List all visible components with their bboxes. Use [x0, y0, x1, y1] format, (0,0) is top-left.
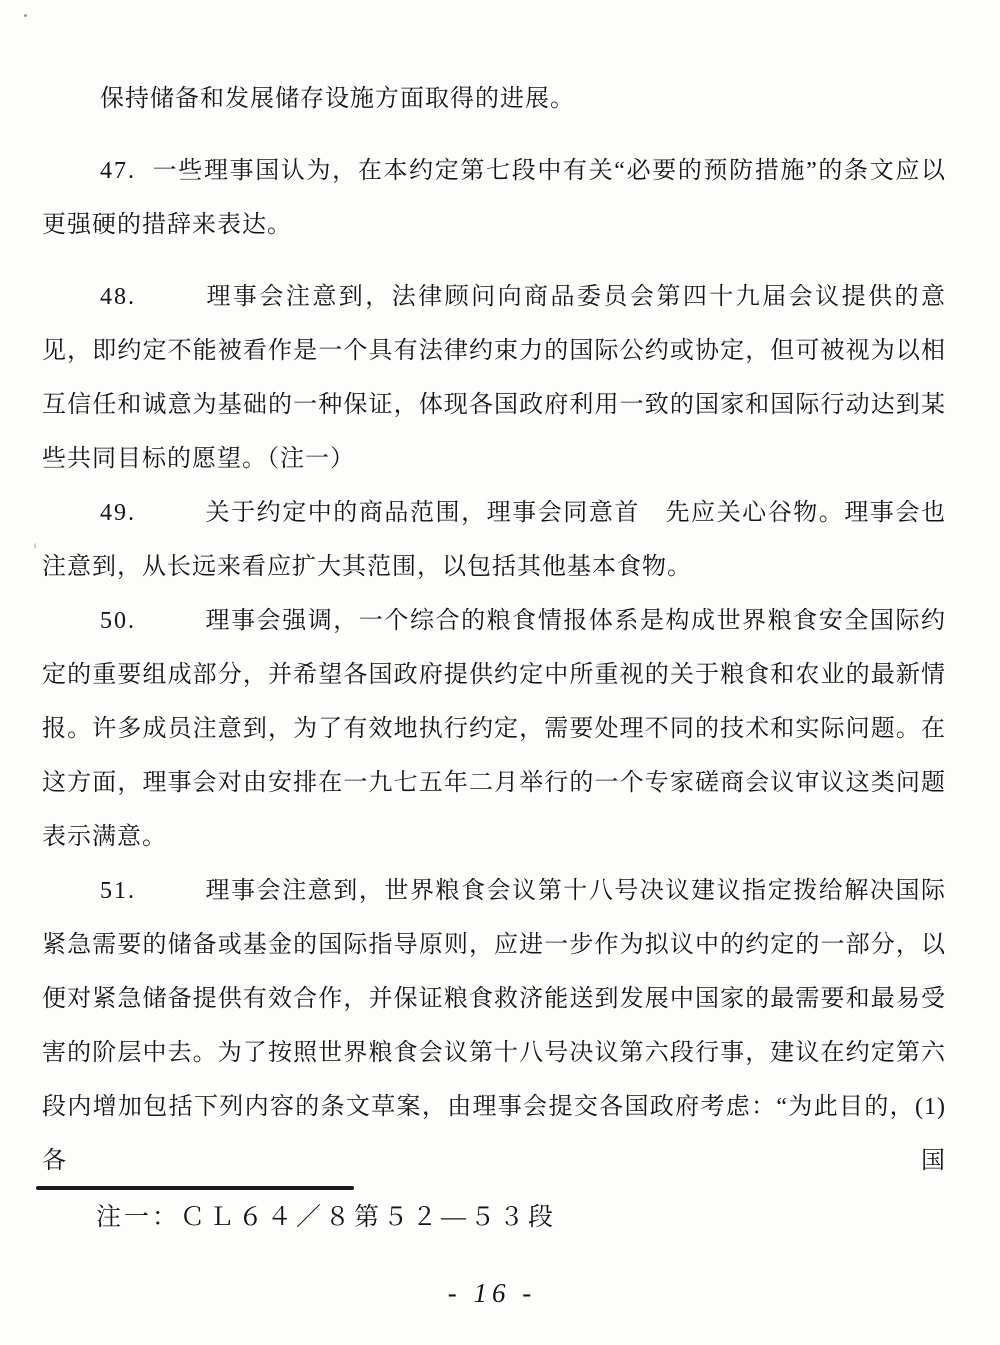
footnote-label: 注一：	[96, 1204, 180, 1231]
footnote: 注一：ＣＬ６４／８第５２—５３段	[96, 1198, 557, 1238]
paragraph-text: 理事会注意到，世界粮食会议第十八号决议建议指定拨给解决国际紧急需要的储备或基金的…	[42, 878, 946, 1174]
paragraph-number: 49.	[100, 486, 205, 540]
paragraph-number: 51.	[100, 864, 205, 918]
scan-speck	[24, 14, 27, 17]
continuation-line: 保持储备和发展储存设施方面取得的进展。	[100, 72, 946, 126]
page-number: - 16 -	[0, 1278, 984, 1309]
scan-speck	[34, 543, 36, 549]
paragraph-51: 51.理事会注意到，世界粮食会议第十八号决议建议指定拨给解决国际紧急需要的储备或…	[42, 864, 946, 1188]
paragraph-50: 50.理事会强调，一个综合的粮食情报体系是构成世界粮食安全国际约定的重要组成部分…	[42, 594, 946, 864]
footnote-divider	[36, 1186, 354, 1190]
paragraph-number: 47.	[100, 144, 152, 198]
paragraph-number: 48.	[100, 270, 205, 324]
paragraph-48: 48.理事会注意到，法律顾问向商品委员会第四十九届会议提供的意见，即约定不能被看…	[42, 270, 946, 486]
footnote-reference: ＣＬ６４／８第５２—５３段	[180, 1204, 557, 1231]
paragraph-number: 50.	[100, 594, 205, 648]
paragraph-47: 47.一些理事国认为，在本约定第七段中有关“必要的预防措施”的条文应以更强硬的措…	[42, 144, 946, 252]
document-body: 保持储备和发展储存设施方面取得的进展。 47.一些理事国认为，在本约定第七段中有…	[42, 72, 946, 1188]
paragraph-49: 49.关于约定中的商品范围，理事会同意首 先应关心谷物。理事会也注意到，从长远来…	[42, 486, 946, 594]
paragraph-text: 一些理事国认为，在本约定第七段中有关“必要的预防措施”的条文应以更强硬的措辞来表…	[42, 158, 946, 238]
document-page: 保持储备和发展储存设施方面取得的进展。 47.一些理事国认为，在本约定第七段中有…	[0, 0, 1000, 1345]
